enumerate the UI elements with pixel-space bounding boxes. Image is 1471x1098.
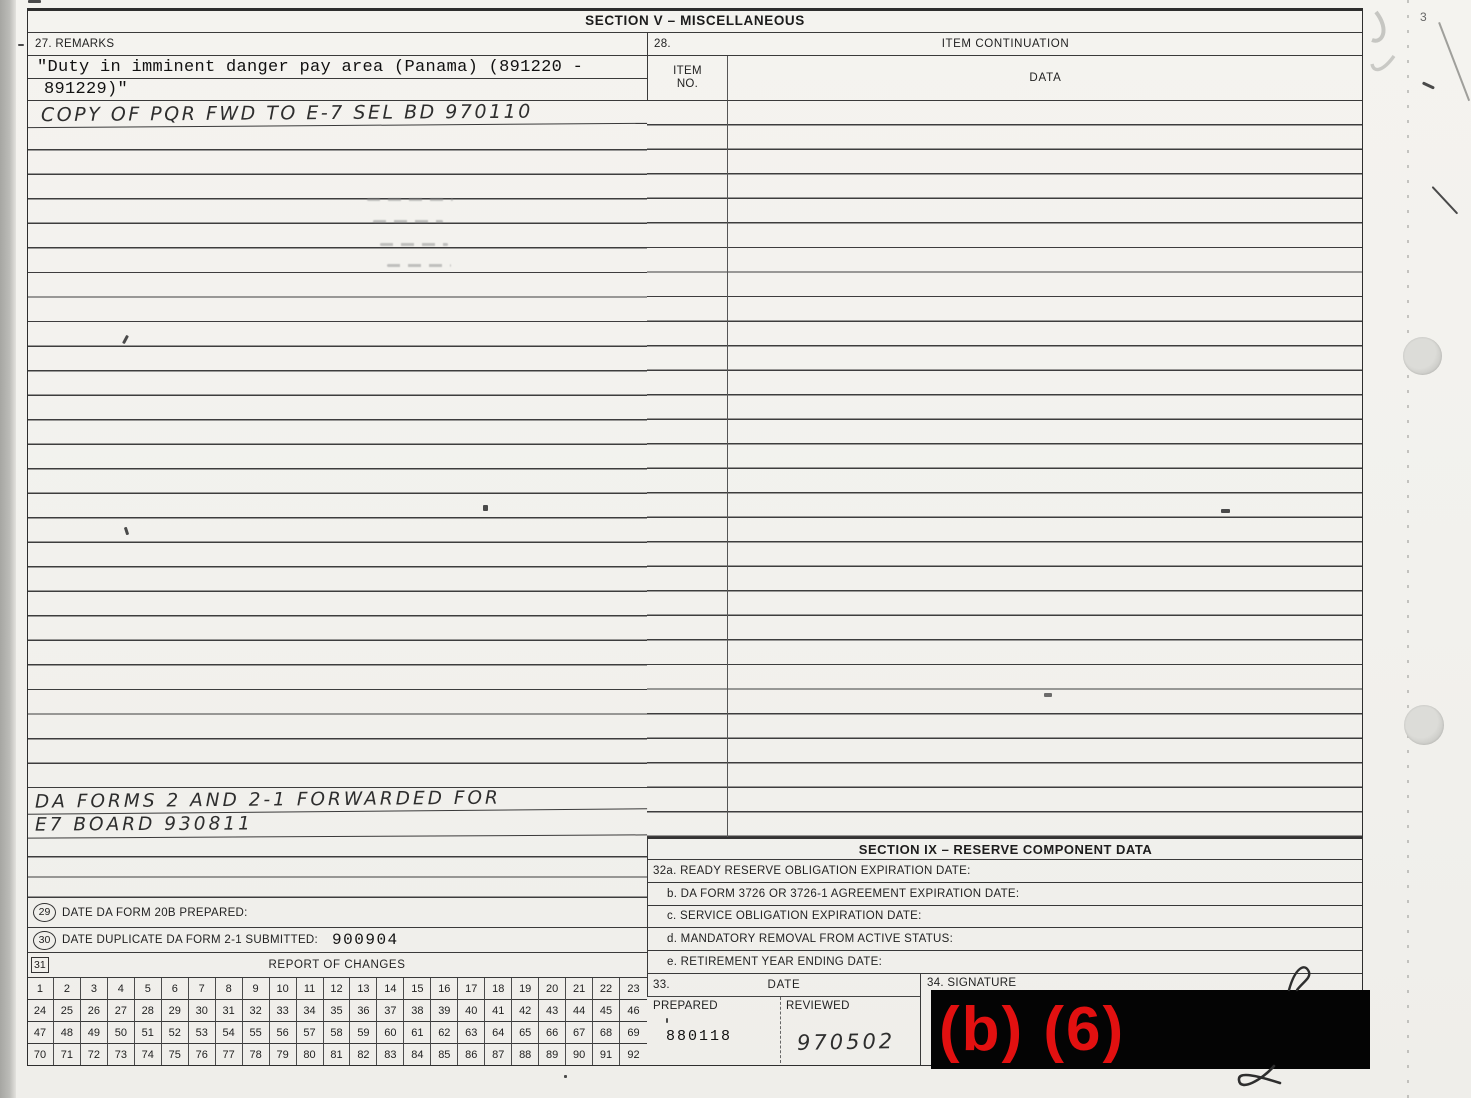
section-ix-item: d. MANDATORY REMOVAL FROM ACTIVE STATUS: <box>648 928 1363 951</box>
report-grid-cell: 10 <box>270 978 297 1000</box>
report-grid-cell: 9 <box>243 978 270 1000</box>
report-grid-cell: 58 <box>324 1022 351 1044</box>
report-grid-cell: 30 <box>189 1000 216 1022</box>
item34-label: 34. SIGNATURE <box>927 977 1016 989</box>
report-grid-cell: 77 <box>216 1044 243 1066</box>
report-grid-cell: 68 <box>593 1022 620 1044</box>
remarks-label: 27. REMARKS <box>27 33 647 56</box>
report-grid-cell: 48 <box>54 1022 81 1044</box>
item30-label: DATE DUPLICATE DA FORM 2-1 SUBMITTED: <box>62 934 318 946</box>
report-grid-cell: 22 <box>593 978 620 1000</box>
report-grid-cell: 51 <box>135 1022 162 1044</box>
report-grid-cell: 28 <box>135 1000 162 1022</box>
prepared-date-value: 880118 <box>666 1028 732 1045</box>
report-grid-cell: 76 <box>189 1044 216 1066</box>
report-grid-cell: 19 <box>512 978 539 1000</box>
section-ix-item: c. SERVICE OBLIGATION EXPIRATION DATE: <box>648 906 1363 929</box>
remarks-handwritten-pqr: COPY OF PQR FWD TO E-7 SEL BD 970110 <box>27 99 647 128</box>
item-no-column-header: ITEM NO. <box>647 56 727 101</box>
report-grid-cell: 26 <box>81 1000 108 1022</box>
report-grid-cell: 13 <box>350 978 377 1000</box>
report-grid-cell: 86 <box>458 1044 485 1066</box>
ink-smudge <box>373 220 443 223</box>
redaction-exemption-text: (b) (6) <box>931 993 1125 1067</box>
pen-dash-mark <box>1422 81 1435 89</box>
report-grid-cell: 88 <box>512 1044 539 1066</box>
prepared-reviewed-divider <box>780 997 781 1063</box>
item29-number: 29 <box>33 903 56 922</box>
ink-smudge <box>387 264 451 267</box>
item29-row: 29 DATE DA FORM 20B PREPARED: <box>27 898 647 928</box>
remarks-typed-line2: 891229)" <box>27 79 647 101</box>
report-grid-cell: 25 <box>54 1000 81 1022</box>
page-corner-mark: 3 <box>1420 10 1427 24</box>
report-grid-cell: 45 <box>593 1000 620 1022</box>
report-grid-cell: 12 <box>324 978 351 1000</box>
report-grid-cell: 7 <box>189 978 216 1000</box>
report-grid-cell: 2 <box>54 978 81 1000</box>
report-grid-cell: 40 <box>458 1000 485 1022</box>
ink-smudge <box>380 243 448 246</box>
report-grid-cell: 62 <box>431 1022 458 1044</box>
report-grid-cell: 69 <box>620 1022 647 1044</box>
report-grid-cell: 17 <box>458 978 485 1000</box>
report-grid-cell: 42 <box>512 1000 539 1022</box>
report-grid-cell: 33 <box>270 1000 297 1022</box>
report-grid-cell: 49 <box>81 1022 108 1044</box>
item33-header: 33. DATE <box>647 973 920 997</box>
reviewed-label: REVIEWED <box>786 1000 850 1012</box>
ink-speck <box>483 505 488 511</box>
item31-number: 31 <box>31 957 49 973</box>
remarks-ruled-area <box>27 126 647 788</box>
item-continuation-header: 28. ITEM CONTINUATION <box>647 33 1363 56</box>
report-grid-cell: 44 <box>566 1000 593 1022</box>
item33-number: 33. <box>653 974 670 997</box>
remarks-ruled-area-small <box>27 837 647 898</box>
report-grid-cell: 29 <box>162 1000 189 1022</box>
report-grid-cell: 79 <box>270 1044 297 1066</box>
item-no-column-divider <box>727 101 728 837</box>
ink-speck <box>18 44 24 46</box>
report-grid-cell: 24 <box>27 1000 54 1022</box>
item30-number: 30 <box>33 931 56 950</box>
report-grid-cell: 72 <box>81 1044 108 1066</box>
report-grid-cell: 83 <box>377 1044 404 1066</box>
report-grid-cell: 35 <box>324 1000 351 1022</box>
report-grid-cell: 63 <box>458 1022 485 1044</box>
hole-punch-bottom <box>1404 705 1444 745</box>
scanner-edge-band <box>0 0 16 1098</box>
report-grid-cell: 38 <box>404 1000 431 1022</box>
ink-speck <box>28 0 41 3</box>
report-grid-cell: 87 <box>485 1044 512 1066</box>
report-grid-cell: 1 <box>27 978 54 1000</box>
item-continuation-ruled-area <box>647 101 1363 837</box>
report-grid-cell: 82 <box>350 1044 377 1066</box>
report-grid-cell: 78 <box>243 1044 270 1066</box>
report-grid-cell: 21 <box>566 978 593 1000</box>
report-grid-cell: 46 <box>620 1000 647 1022</box>
report-grid-cell: 85 <box>431 1044 458 1066</box>
report-grid-cell: 61 <box>404 1022 431 1044</box>
item29-label: DATE DA FORM 20B PREPARED: <box>62 907 248 919</box>
corner-diagonal-mark <box>1438 22 1470 101</box>
report-grid-cell: 59 <box>350 1022 377 1044</box>
hole-punch-top <box>1403 337 1442 375</box>
report-grid-cell: 3 <box>81 978 108 1000</box>
section-ix-rows: 32a. READY RESERVE OBLIGATION EXPIRATION… <box>647 860 1363 973</box>
section-ix-item: e. RETIREMENT YEAR ENDING DATE: <box>648 951 1363 973</box>
item30-value: 900904 <box>332 931 399 949</box>
item31-row: 31 REPORT OF CHANGES <box>27 953 647 978</box>
report-grid-cell: 52 <box>162 1022 189 1044</box>
scanned-form-page: SECTION V – MISCELLANEOUS 27. REMARKS 28… <box>0 0 1471 1098</box>
report-grid-cell: 53 <box>189 1022 216 1044</box>
report-grid-cell: 6 <box>162 978 189 1000</box>
report-grid-cell: 80 <box>297 1044 324 1066</box>
report-grid-cell: 56 <box>270 1022 297 1044</box>
report-grid-cell: 71 <box>54 1044 81 1066</box>
report-grid-cell: 89 <box>539 1044 566 1066</box>
report-grid-cell: 11 <box>297 978 324 1000</box>
report-grid-cell: 73 <box>108 1044 135 1066</box>
report-grid-cell: 27 <box>108 1000 135 1022</box>
report-grid-cell: 74 <box>135 1044 162 1066</box>
report-grid-cell: 36 <box>350 1000 377 1022</box>
report-grid-cell: 67 <box>566 1022 593 1044</box>
report-grid-cell: 64 <box>485 1022 512 1044</box>
item-continuation-title: ITEM CONTINUATION <box>648 33 1363 56</box>
report-grid-cell: 55 <box>243 1022 270 1044</box>
report-grid-cell: 60 <box>377 1022 404 1044</box>
signature-stroke-top <box>1285 962 1321 992</box>
remarks-handwritten-boards-line2: E7 BOARD 930811 <box>27 810 647 838</box>
remarks-typed-line1: "Duty in imminent danger pay area (Panam… <box>27 56 647 79</box>
perforation-line <box>1407 0 1409 1098</box>
item33-label: DATE <box>648 974 920 997</box>
report-grid-cell: 37 <box>377 1000 404 1022</box>
report-grid-cell: 4 <box>108 978 135 1000</box>
section-ix-item: b. DA FORM 3726 OR 3726-1 AGREEMENT EXPI… <box>648 883 1363 906</box>
report-grid-cell: 81 <box>324 1044 351 1066</box>
prepared-label: PREPARED <box>653 1000 718 1012</box>
section-v-header: SECTION V – MISCELLANEOUS <box>27 8 1363 33</box>
ink-speck <box>564 1075 567 1078</box>
report-grid-cell: 5 <box>135 978 162 1000</box>
report-grid-cell: 8 <box>216 978 243 1000</box>
report-grid-cell: 31 <box>216 1000 243 1022</box>
report-grid-cell: 41 <box>485 1000 512 1022</box>
report-grid-cell: 32 <box>243 1000 270 1022</box>
report-grid-cell: 14 <box>377 978 404 1000</box>
report-grid-cell: 84 <box>404 1044 431 1066</box>
report-grid-cell: 23 <box>620 978 647 1000</box>
ink-speck <box>1221 509 1230 513</box>
report-grid: 1234567891011121314151617181920212223242… <box>27 978 647 1066</box>
item30-row: 30 DATE DUPLICATE DA FORM 2-1 SUBMITTED:… <box>27 928 647 953</box>
reviewed-date-value: 970502 <box>797 1029 896 1055</box>
ink-speck <box>1044 693 1052 697</box>
margin-diagonal-mark <box>1431 186 1458 215</box>
item31-label: REPORT OF CHANGES <box>27 953 647 978</box>
report-grid-cell: 50 <box>108 1022 135 1044</box>
report-grid-cell: 18 <box>485 978 512 1000</box>
data-column-header: DATA <box>727 56 1363 101</box>
report-grid-cell: 16 <box>431 978 458 1000</box>
report-grid-cell: 57 <box>297 1022 324 1044</box>
report-grid-cell: 15 <box>404 978 431 1000</box>
report-grid-cell: 20 <box>539 978 566 1000</box>
report-grid-cell: 34 <box>297 1000 324 1022</box>
report-grid-cell: 54 <box>216 1022 243 1044</box>
section-ix-item: 32a. READY RESERVE OBLIGATION EXPIRATION… <box>648 860 1363 883</box>
report-grid-cell: 47 <box>27 1022 54 1044</box>
report-grid-cell: 75 <box>162 1044 189 1066</box>
report-grid-cell: 91 <box>593 1044 620 1066</box>
report-grid-cell: 65 <box>512 1022 539 1044</box>
section-ix-header: SECTION IX – RESERVE COMPONENT DATA <box>647 837 1363 860</box>
faint-pen-scribble <box>1366 4 1410 79</box>
report-grid-cell: 92 <box>620 1044 647 1066</box>
ink-speck <box>666 1018 668 1023</box>
report-grid-cell: 43 <box>539 1000 566 1022</box>
report-grid-cell: 66 <box>539 1022 566 1044</box>
report-grid-cell: 90 <box>566 1044 593 1066</box>
item-continuation-number: 28. <box>654 33 671 56</box>
signature-redaction-box: (b) (6) <box>931 990 1370 1069</box>
ink-smudge <box>367 198 453 201</box>
report-grid-cell: 70 <box>27 1044 54 1066</box>
report-grid-cell: 39 <box>431 1000 458 1022</box>
signature-stroke-bottom <box>1234 1064 1286 1096</box>
